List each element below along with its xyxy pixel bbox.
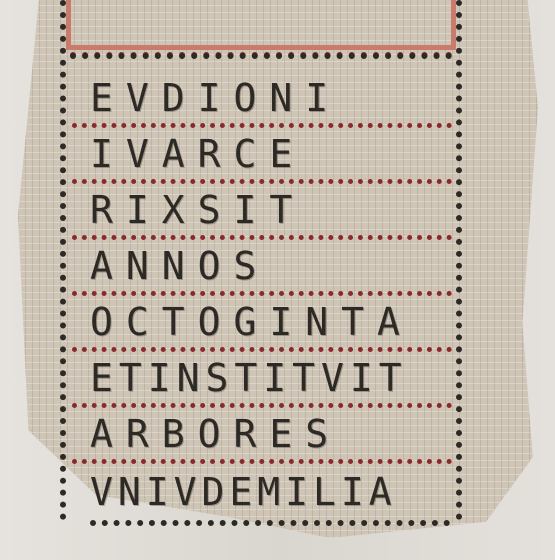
inscription-line: ANNOS — [72, 240, 452, 296]
inscription-line: VNIVDEMILIA — [72, 464, 452, 520]
inscription-text: VNIVDEMILIA — [72, 470, 397, 514]
inscription-line: ETINSTITVIT — [72, 352, 452, 408]
inscription-line: EVDIONI — [72, 72, 452, 128]
inscription-line: OCTOGINTA — [72, 296, 452, 352]
black-top-guideline — [70, 53, 452, 59]
inscription-text: ETINSTITVIT — [72, 356, 408, 400]
inscription-text: RIXSIT — [72, 188, 305, 232]
pink-top-border — [66, 0, 456, 50]
inscription-text: EVDIONI — [72, 76, 341, 120]
inscription-text: IVARCE — [72, 132, 305, 176]
inscription: EVDIONI IVARCE RIXSIT ANNOS OCTOGINTA ET… — [72, 72, 452, 520]
inscription-text: ANNOS — [72, 244, 269, 288]
black-bottom-border — [90, 520, 450, 526]
inscription-line: IVARCE — [72, 128, 452, 184]
inscription-line: ARBORES — [72, 408, 452, 464]
inscription-text: OCTOGINTA — [72, 300, 413, 344]
inscription-text: ARBORES — [72, 412, 341, 456]
inscription-line: RIXSIT — [72, 184, 452, 240]
